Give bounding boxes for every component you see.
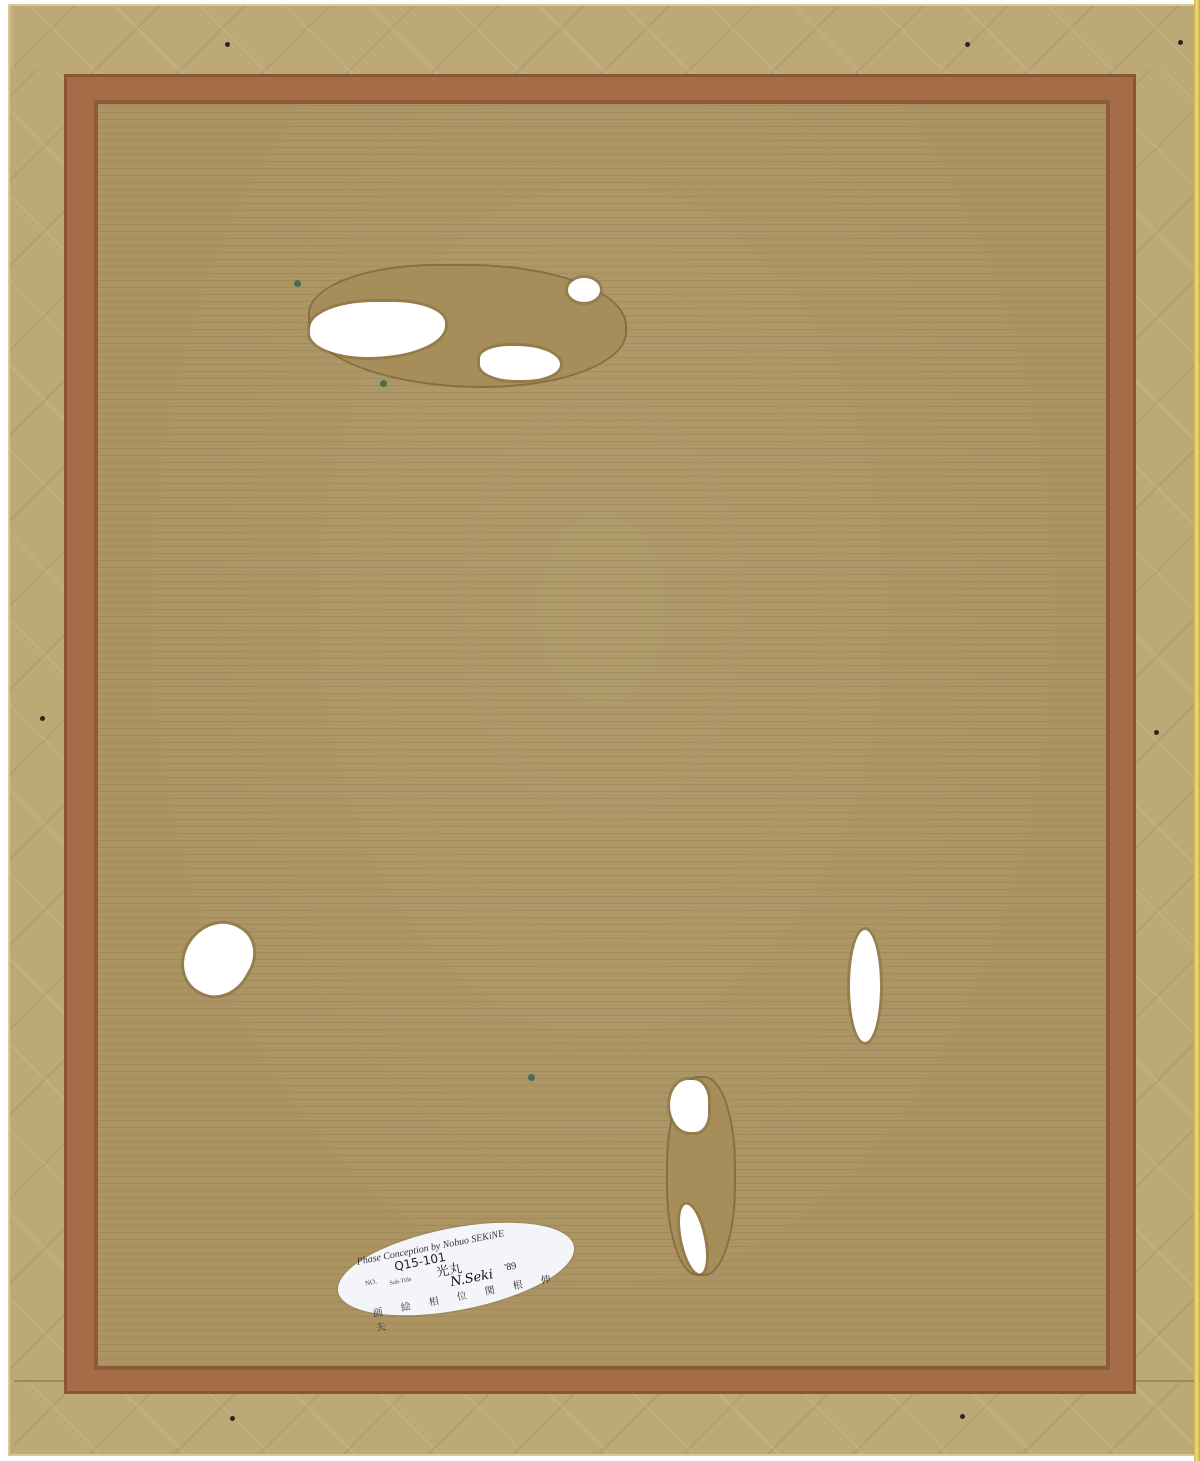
nail-hole [1178, 40, 1183, 45]
painting-back-photo: Phase Conception by Nobuo SEKiNE NO. Sub… [0, 0, 1200, 1461]
label-subtitle-tag: Sub-Title [389, 1277, 412, 1287]
nail-hole [1154, 730, 1159, 735]
nail-hole [40, 716, 45, 721]
hole-lower-left [172, 911, 264, 1007]
stain [294, 280, 301, 287]
nail-hole [965, 42, 970, 47]
nail-hole [960, 1414, 965, 1419]
nail-hole [230, 1416, 235, 1421]
gold-edge [1194, 0, 1200, 1461]
label-year: '89 [504, 1261, 518, 1274]
cardboard-backing [98, 104, 1106, 1366]
stain [528, 1074, 535, 1081]
hole-bottom-top [670, 1080, 708, 1132]
hole-top-right [568, 278, 600, 302]
nail-hole [225, 42, 230, 47]
frame-top-rail [14, 6, 1194, 78]
hole-top-middle [480, 346, 560, 380]
label-no-tag: NO. [364, 1277, 377, 1287]
hole-lower-right [850, 930, 880, 1042]
stain [380, 380, 387, 387]
